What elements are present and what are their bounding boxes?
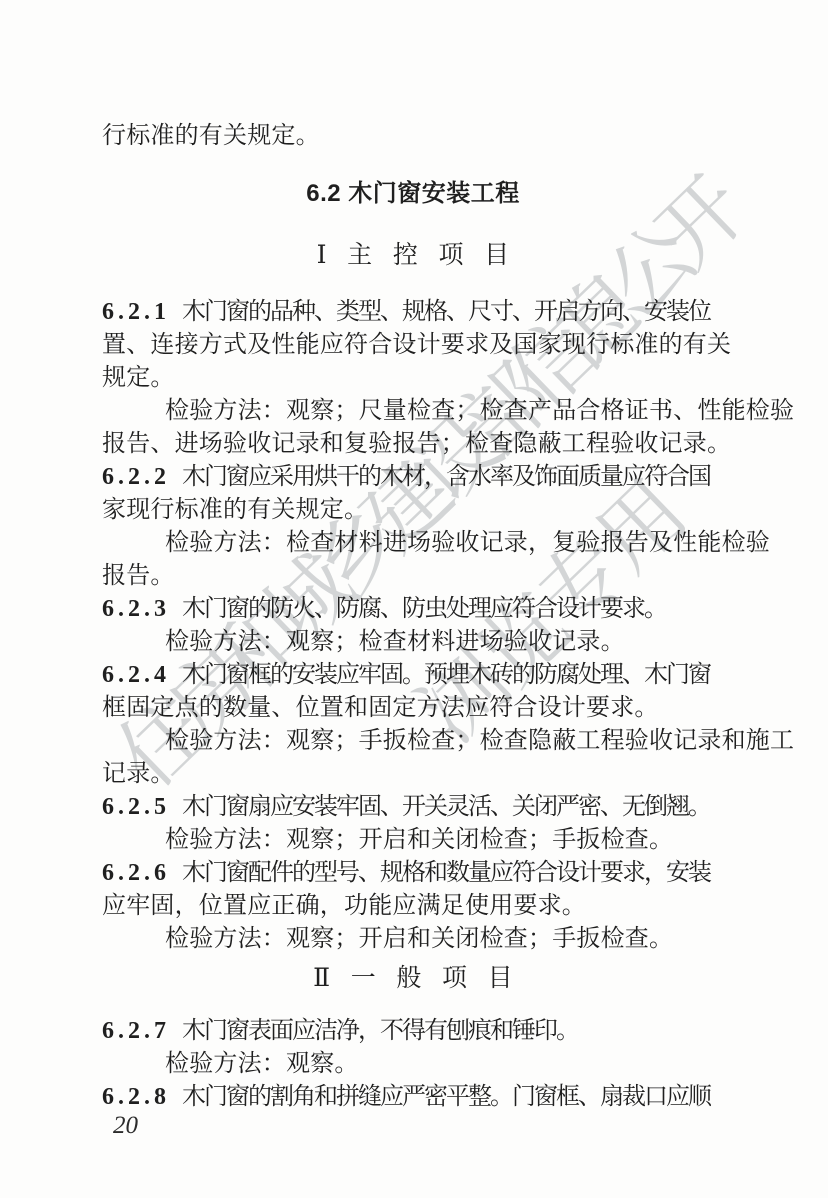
clause-text: 木门窗框的安装应牢固。预埋木砖的防腐处理、木门窗 [182, 662, 710, 688]
clause-6-2-6: 6.2.6木门窗配件的型号、规格和数量应符合设计要求，安装 [102, 857, 724, 890]
clause-text: 木门窗扇应安装牢固、开关灵活、关闭严密、无倒翘。 [182, 794, 710, 820]
clause-number: 6.2.8 [102, 1084, 182, 1110]
clause-6-2-2: 6.2.2木门窗应采用烘干的木材，含水率及饰面质量应符合国 [102, 461, 724, 494]
clause-6-2-1: 6.2.1木门窗的品种、类型、规格、尺寸、开启方向、安装位 [102, 296, 724, 329]
section-heading: 6.2 木门窗安装工程 [102, 177, 724, 211]
text-line: 家现行标准的有关规定。 [102, 494, 724, 527]
clause-number: 6.2.4 [102, 662, 182, 688]
text-line: 记录。 [102, 758, 724, 791]
clause-text: 木门窗表面应洁净，不得有刨痕和锤印。 [182, 1018, 578, 1044]
method-line: 检验方法：观察；检查材料进场验收记录。 [102, 626, 724, 659]
clause-number: 6.2.7 [102, 1018, 182, 1044]
text-line: 框固定点的数量、位置和固定方法应符合设计要求。 [102, 692, 724, 725]
text-line: 置、连接方式及性能应符合设计要求及国家现行标准的有关 [102, 329, 724, 362]
clause-6-2-4: 6.2.4木门窗框的安装应牢固。预埋木砖的防腐处理、木门窗 [102, 659, 724, 692]
clause-6-2-8: 6.2.8木门窗的割角和拼缝应严密平整。门窗框、扇裁口应顺 [102, 1081, 724, 1114]
method-line: 检验方法：观察。 [102, 1048, 724, 1081]
clause-text: 木门窗的品种、类型、规格、尺寸、开启方向、安装位 [182, 299, 710, 325]
clause-text: 木门窗配件的型号、规格和数量应符合设计要求，安装 [182, 860, 710, 886]
page-text-column: 行标准的有关规定。6.2 木门窗安装工程Ⅰ 主 控 项 目6.2.1木门窗的品种… [102, 120, 724, 1114]
subsection-heading-main-items: Ⅰ 主 控 项 目 [102, 239, 724, 272]
method-line: 检验方法：观察；开启和关闭检查；手扳检查。 [102, 923, 724, 956]
page-number: 20 [113, 1112, 138, 1140]
method-line: 检验方法：观察；开启和关闭检查；手扳检查。 [102, 824, 724, 857]
text-line: 规定。 [102, 362, 724, 395]
text-line-continuation: 行标准的有关规定。 [102, 120, 724, 153]
clause-6-2-7: 6.2.7木门窗表面应洁净，不得有刨痕和锤印。 [102, 1015, 724, 1048]
clause-6-2-5: 6.2.5木门窗扇应安装牢固、开关灵活、关闭严密、无倒翘。 [102, 791, 724, 824]
clause-number: 6.2.6 [102, 860, 182, 886]
text-line: 报告、进场验收记录和复验报告；检查隐蔽工程验收记录。 [102, 428, 724, 461]
clause-6-2-3: 6.2.3木门窗的防火、防腐、防虫处理应符合设计要求。 [102, 593, 724, 626]
method-line: 检验方法：观察；手扳检查；检查隐蔽工程验收记录和施工 [102, 725, 724, 758]
subsection-heading-general-items: Ⅱ 一 般 项 目 [102, 962, 724, 995]
clause-number: 6.2.1 [102, 299, 182, 325]
clause-text: 木门窗应采用烘干的木材，含水率及饰面质量应符合国 [182, 464, 710, 490]
clause-number: 6.2.5 [102, 794, 182, 820]
clause-number: 6.2.3 [102, 596, 182, 622]
text-line: 报告。 [102, 560, 724, 593]
clause-text: 木门窗的防火、防腐、防虫处理应符合设计要求。 [182, 596, 666, 622]
text-line: 应牢固，位置应正确，功能应满足使用要求。 [102, 890, 724, 923]
clause-number: 6.2.2 [102, 464, 182, 490]
clause-text: 木门窗的割角和拼缝应严密平整。门窗框、扇裁口应顺 [182, 1084, 710, 1110]
method-line: 检验方法：观察；尺量检查；检查产品合格证书、性能检验 [102, 395, 724, 428]
method-line: 检验方法：检查材料进场验收记录，复验报告及性能检验 [102, 527, 724, 560]
document-page: 住房和城乡建设部信息公开 浏览专用 行标准的有关规定。6.2 木门窗安装工程Ⅰ … [0, 0, 828, 1198]
